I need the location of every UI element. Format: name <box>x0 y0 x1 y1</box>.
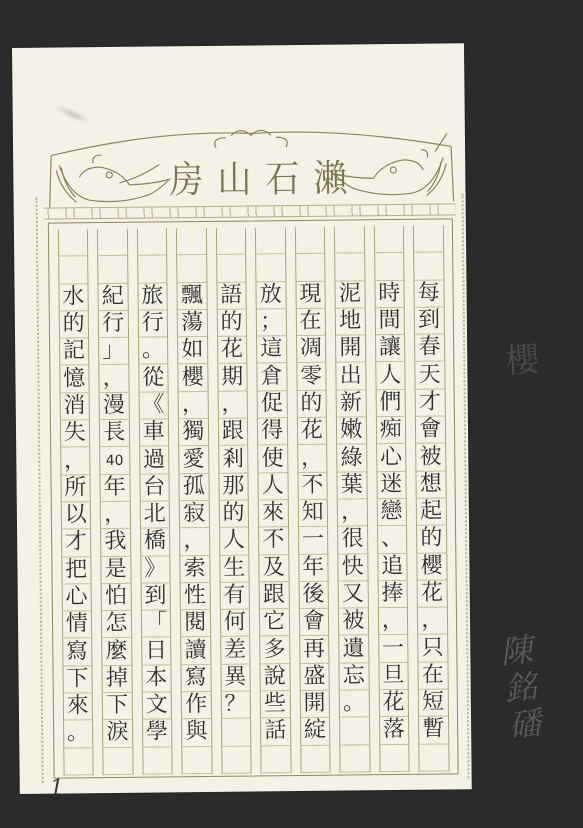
character-cell: 的 <box>219 501 248 529</box>
character-cell: 憶 <box>60 366 89 394</box>
character-cell: 來 <box>259 500 288 528</box>
essay-title: 櫻 <box>504 332 541 383</box>
blank-cell <box>137 228 166 256</box>
character-cell: 讓 <box>376 335 405 363</box>
blank-cell <box>414 226 443 254</box>
character-cell: 差 <box>221 637 250 665</box>
character-cell: 忘 <box>339 663 368 691</box>
character-cell: ， <box>180 528 209 556</box>
character-cell: 失 <box>60 420 89 448</box>
character-cell: 記 <box>60 338 89 366</box>
character-cell: 痴 <box>376 417 405 445</box>
character-cell: ？ <box>221 692 250 720</box>
manuscript-column: 語的花期，跟剎那的人生有何差異？ <box>215 228 251 774</box>
character-cell: 花 <box>218 337 247 365</box>
manuscript-paper: 房 山 石 瀨 每到春天才會被想起的櫻花，只在短暫時間讓人們痴心迷戀、追捧，一旦… <box>12 43 472 794</box>
character-cell: 人 <box>376 362 405 390</box>
character-cell: 一 <box>379 635 408 663</box>
character-cell: 「 <box>141 611 170 639</box>
character-cell: 、 <box>378 526 407 554</box>
character-cell <box>261 746 290 774</box>
character-cell: 。 <box>139 338 168 366</box>
character-cell: 到 <box>415 307 444 335</box>
character-cell: 長 <box>100 420 129 448</box>
character-cell: 漫 <box>100 393 129 421</box>
character-cell: ， <box>99 365 128 393</box>
character-cell: 短 <box>419 690 448 718</box>
character-cell: 開 <box>336 336 365 364</box>
character-cell: 人 <box>220 528 249 556</box>
character-cell: 閱 <box>181 610 210 638</box>
character-cell: 綠 <box>337 445 366 473</box>
character-cell: 以 <box>61 502 90 530</box>
character-cell: 時 <box>375 281 404 309</box>
character-cell: 想 <box>416 471 445 499</box>
character-cell: 車 <box>139 419 168 447</box>
character-cell: 一 <box>299 527 328 555</box>
character-cell: 再 <box>300 636 329 664</box>
character-cell: 把 <box>62 557 91 585</box>
manuscript-column: 飄蕩如櫻，獨愛孤寂，索性閱讀寫作與 <box>176 228 212 774</box>
character-cell: 起 <box>417 498 446 526</box>
character-cell: ， <box>338 499 367 527</box>
character-cell: 行 <box>138 310 167 338</box>
manuscript-column: 紀行」，漫長40年，我是怕怎麼掉下淚 <box>97 229 133 775</box>
character-cell: 天 <box>415 362 444 390</box>
character-cell: 落 <box>380 717 409 745</box>
character-cell: ， <box>61 448 90 476</box>
character-cell: ， <box>179 392 208 420</box>
blank-cell <box>296 254 325 282</box>
character-cell: 掉 <box>102 666 131 694</box>
signature-char: 磻 <box>507 704 543 744</box>
manuscript-column: 水的記憶消失，所以才把心情寫下來。 <box>57 229 93 775</box>
character-cell: ； <box>257 309 286 337</box>
character-cell: ， <box>418 608 447 636</box>
character-cell: 在 <box>296 309 325 337</box>
character-cell: 些 <box>261 691 290 719</box>
character-cell: 寫 <box>181 665 210 693</box>
character-cell: 葉 <box>337 472 366 500</box>
blank-cell <box>335 226 364 254</box>
blank-cell <box>98 229 127 257</box>
character-cell: ， <box>218 391 247 419</box>
character-cell: 會 <box>299 609 328 637</box>
character-cell <box>222 746 251 774</box>
character-cell: 剎 <box>219 446 248 474</box>
character-cell: 才 <box>62 529 91 557</box>
blank-cell <box>414 253 443 281</box>
character-cell: 橋 <box>141 529 170 557</box>
character-cell: 零 <box>297 363 326 391</box>
character-cell: 櫻 <box>417 553 446 581</box>
character-cell: 有 <box>220 582 249 610</box>
character-cell: 們 <box>376 390 405 418</box>
character-cell: 文 <box>142 692 171 720</box>
character-cell: 旅 <box>138 283 167 311</box>
character-cell: 會 <box>416 417 445 445</box>
character-cell <box>340 745 369 773</box>
character-cell: 的 <box>217 309 246 337</box>
character-cell: 跟 <box>218 419 247 447</box>
character-cell <box>103 747 132 775</box>
character-cell: 後 <box>299 582 328 610</box>
character-cell: ， <box>101 502 130 530</box>
character-cell: 索 <box>180 556 209 584</box>
character-cell: 迷 <box>377 472 406 500</box>
manuscript-grid: 每到春天才會被想起的櫻花，只在短暫時間讓人們痴心迷戀、追捧，一旦花落泥地開出新嫩… <box>48 218 459 778</box>
letterhead-char: 山 <box>217 149 254 203</box>
character-cell: 又 <box>339 581 368 609</box>
character-cell: 寂 <box>180 501 209 529</box>
character-cell <box>182 747 211 775</box>
author-signature: 陳 銘 磻 <box>493 631 549 746</box>
character-cell: 麼 <box>102 638 131 666</box>
character-cell: 性 <box>181 583 210 611</box>
character-cell: 異 <box>221 664 250 692</box>
blank-cell <box>138 256 167 284</box>
character-cell: 被 <box>339 608 368 636</box>
character-cell <box>340 718 369 746</box>
character-cell: 多 <box>260 637 289 665</box>
character-cell: 愛 <box>179 446 208 474</box>
character-cell: 所 <box>61 475 90 503</box>
character-cell: 心 <box>377 444 406 472</box>
character-cell: 戀 <box>377 499 406 527</box>
character-cell: 本 <box>142 665 171 693</box>
manuscript-column: 每到春天才會被想起的櫻花，只在短暫 <box>413 225 449 771</box>
character-cell: 孤 <box>179 474 208 502</box>
blank-cell <box>256 254 285 282</box>
right-perforation <box>462 193 470 778</box>
character-cell: 的 <box>297 391 326 419</box>
character-cell: 它 <box>260 609 289 637</box>
character-cell: 到 <box>141 583 170 611</box>
character-cell: 捧 <box>378 581 407 609</box>
character-cell: 下 <box>63 666 92 694</box>
character-cell: 只 <box>418 635 447 663</box>
character-cell: 話 <box>261 718 290 746</box>
character-cell: 新 <box>337 390 366 418</box>
character-cell: 40 <box>100 447 129 475</box>
character-cell: 讀 <box>181 637 210 665</box>
character-cell <box>143 747 172 775</box>
blank-cell <box>177 228 206 256</box>
character-cell: 泥 <box>335 281 364 309</box>
character-cell: 年 <box>100 474 129 502</box>
paper-smudge <box>52 102 93 128</box>
character-cell: 這 <box>257 336 286 364</box>
character-cell: 年 <box>299 554 328 582</box>
character-cell: 跟 <box>260 582 289 610</box>
left-perforation <box>36 198 44 783</box>
blank-cell <box>295 227 324 255</box>
letterhead-ornament: 房 山 石 瀨 <box>41 121 462 205</box>
character-cell: 》 <box>141 556 170 584</box>
character-cell: 生 <box>220 555 249 583</box>
character-cell: 說 <box>260 664 289 692</box>
character-cell: 獨 <box>179 419 208 447</box>
character-cell: 作 <box>182 692 211 720</box>
character-cell: 間 <box>375 308 404 336</box>
character-cell <box>380 745 409 773</box>
character-cell: 從 <box>139 365 168 393</box>
character-cell: ， <box>378 608 407 636</box>
character-cell: 開 <box>300 691 329 719</box>
blank-cell <box>335 254 364 282</box>
character-cell: 得 <box>258 418 287 446</box>
character-cell: 是 <box>101 556 130 584</box>
character-cell: 及 <box>259 555 288 583</box>
character-cell: 蕩 <box>178 310 207 338</box>
character-cell: 日 <box>142 638 171 666</box>
character-cell: 飄 <box>177 283 206 311</box>
character-cell: 何 <box>220 610 249 638</box>
blank-cell <box>217 255 246 283</box>
character-cell: 放 <box>256 282 285 310</box>
character-cell: 《 <box>139 392 168 420</box>
blank-cell <box>374 226 403 254</box>
blank-cell <box>58 229 87 257</box>
character-cell: 不 <box>259 527 288 555</box>
blank-cell <box>256 227 285 255</box>
character-cell: ， <box>298 445 327 473</box>
character-cell: 怕 <box>102 584 131 612</box>
character-cell: 快 <box>338 554 367 582</box>
letterhead-char: 瀨 <box>313 148 350 202</box>
character-cell: 怎 <box>102 611 131 639</box>
blank-cell <box>98 256 127 284</box>
character-cell: 心 <box>62 584 91 612</box>
character-cell: 促 <box>258 391 287 419</box>
manuscript-column: 泥地開出新嫩綠葉，很快又被遺忘。 <box>334 226 370 772</box>
character-cell <box>301 745 330 773</box>
character-cell: 花 <box>418 580 447 608</box>
blank-cell <box>216 228 245 256</box>
character-cell: 嫩 <box>337 417 366 445</box>
character-cell: 來 <box>63 693 92 721</box>
character-cell: 凋 <box>297 336 326 364</box>
character-cell: 台 <box>140 474 169 502</box>
character-cell: 春 <box>415 335 444 363</box>
character-cell: 紀 <box>98 283 127 311</box>
character-cell <box>419 744 448 772</box>
character-cell: 與 <box>182 719 211 747</box>
character-cell: 盛 <box>300 663 329 691</box>
character-cell: 出 <box>336 363 365 391</box>
character-cell: 知 <box>298 500 327 528</box>
manuscript-column: 放；這倉促得使人來不及跟它多說些話 <box>255 227 291 773</box>
character-cell: 的 <box>417 526 446 554</box>
character-cell: 我 <box>101 529 130 557</box>
manuscript-column: 時間讓人們痴心迷戀、追捧，一旦花落 <box>373 226 409 772</box>
character-cell: 過 <box>140 447 169 475</box>
character-cell: 遺 <box>339 636 368 664</box>
character-cell: 期 <box>218 364 247 392</box>
character-cell: 那 <box>219 473 248 501</box>
letterhead-char: 房 <box>169 150 206 204</box>
blank-cell <box>59 257 88 285</box>
character-cell: 旦 <box>379 663 408 691</box>
character-cell: 水 <box>59 284 88 312</box>
character-cell <box>222 719 251 747</box>
character-cell: 追 <box>378 553 407 581</box>
character-cell: 北 <box>140 501 169 529</box>
character-cell <box>64 748 93 776</box>
character-cell: 語 <box>217 282 246 310</box>
character-cell: 學 <box>143 720 172 748</box>
page-number: 1 <box>50 775 64 800</box>
character-cell: 行 <box>99 311 128 339</box>
character-cell: 如 <box>178 337 207 365</box>
character-cell: 現 <box>296 281 325 309</box>
character-cell: 很 <box>338 527 367 555</box>
signature-char: 陳 <box>498 631 534 671</box>
character-cell: 情 <box>62 611 91 639</box>
character-cell: 寫 <box>63 639 92 667</box>
character-cell: 人 <box>258 473 287 501</box>
character-cell: 綻 <box>301 718 330 746</box>
character-cell: 使 <box>258 446 287 474</box>
character-cell: 。 <box>64 721 93 749</box>
character-cell: 」 <box>99 338 128 366</box>
character-cell: 消 <box>60 393 89 421</box>
character-cell: 花 <box>297 418 326 446</box>
character-cell: 淚 <box>103 720 132 748</box>
letterhead-title: 房 山 石 瀨 <box>169 150 350 201</box>
character-cell: 在 <box>418 662 447 690</box>
character-cell: 的 <box>59 311 88 339</box>
manuscript-column: 旅行。從《車過台北橋》到「日本文學 <box>136 228 172 774</box>
character-cell: 每 <box>414 280 443 308</box>
character-cell: 才 <box>416 389 445 417</box>
character-cell: 。 <box>340 690 369 718</box>
manuscript-column: 現在凋零的花，不知一年後會再盛開綻 <box>294 227 330 773</box>
character-cell: 不 <box>298 472 327 500</box>
letterhead-char: 石 <box>265 149 302 203</box>
character-cell: 倉 <box>257 364 286 392</box>
character-cell: 下 <box>103 693 132 721</box>
character-cell: 櫻 <box>178 364 207 392</box>
character-cell: 花 <box>379 690 408 718</box>
character-cell: 暫 <box>419 717 448 745</box>
character-cell: 被 <box>416 444 445 472</box>
blank-cell <box>375 253 404 281</box>
blank-cell <box>177 255 206 283</box>
signature-char: 銘 <box>503 668 539 708</box>
character-cell: 地 <box>336 308 365 336</box>
